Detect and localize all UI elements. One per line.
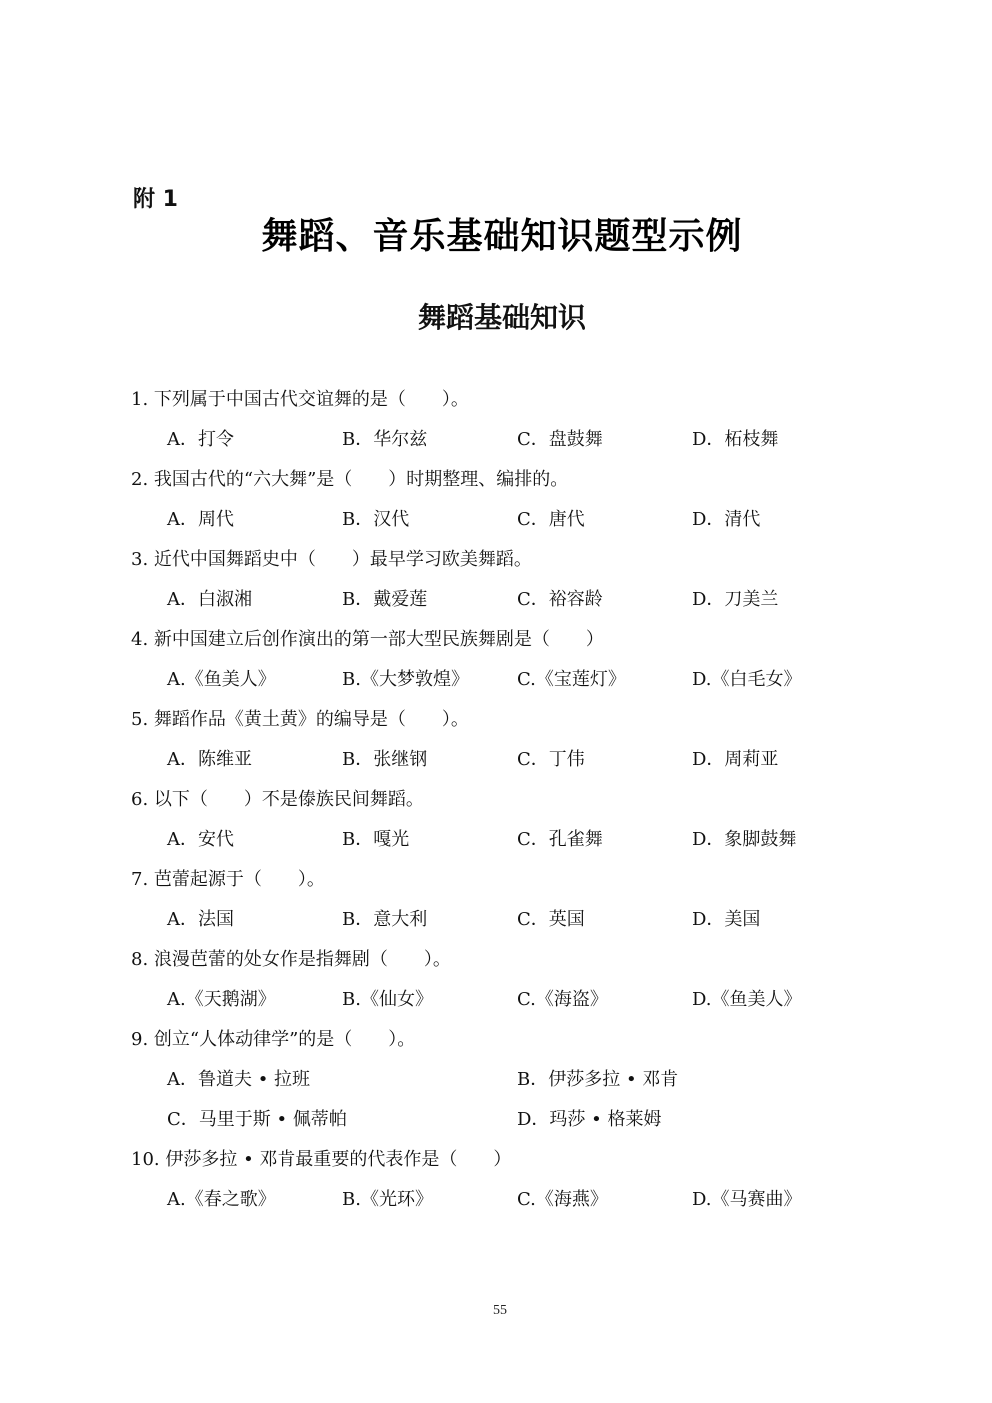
- question-stem: 10. 伊莎多拉 • 邓肯最重要的代表作是（ ）: [131, 1148, 511, 1172]
- options-row: A.《天鹅湖》 B.《仙女》 C.《海盗》 D.《鱼美人》: [0, 988, 992, 1012]
- option-b: B．戴爱莲: [342, 588, 427, 612]
- option-d: D．清代: [692, 508, 760, 532]
- options-row: C．马里于斯 • 佩蒂帕 D．玛莎 • 格莱姆: [0, 1108, 992, 1132]
- option-c: C.《海盗》: [517, 988, 608, 1012]
- option-d: D．柘枝舞: [692, 428, 778, 452]
- section-title: 舞蹈基础知识: [0, 296, 992, 336]
- option-b: B．汉代: [342, 508, 409, 532]
- option-c: C.《宝莲灯》: [517, 668, 626, 692]
- question-stem: 3. 近代中国舞蹈史中（ ）最早学习欧美舞蹈。: [131, 548, 532, 572]
- question-stem: 5. 舞蹈作品《黄土黄》的编导是（ ）。: [131, 708, 469, 732]
- question-stem: 2. 我国古代的“六大舞”是（ ）时期整理、编排的。: [131, 468, 568, 492]
- option-a: A.《天鹅湖》: [167, 988, 276, 1012]
- question-stem: 8. 浪漫芭蕾的处女作是指舞剧（ ）。: [131, 948, 451, 972]
- option-c: C．马里于斯 • 佩蒂帕: [167, 1108, 347, 1132]
- option-d: D．玛莎 • 格莱姆: [517, 1108, 662, 1132]
- option-d: D.《马赛曲》: [692, 1188, 802, 1212]
- page-number: 55: [0, 1303, 992, 1319]
- option-b: B.《光环》: [342, 1188, 433, 1212]
- options-row: A．白淑湘 B．戴爱莲 C．裕容龄 D．刀美兰: [0, 588, 992, 612]
- question-stem: 4. 新中国建立后创作演出的第一部大型民族舞剧是（ ）: [131, 628, 604, 652]
- options-row: A．安代 B．嘎光 C．孔雀舞 D．象脚鼓舞: [0, 828, 992, 852]
- options-row: A．法国 B．意大利 C．英国 D．美国: [0, 908, 992, 932]
- option-d: D．周莉亚: [692, 748, 778, 772]
- question-stem: 7. 芭蕾起源于（ ）。: [131, 868, 325, 892]
- option-a: A．安代: [167, 828, 234, 852]
- option-d: D．美国: [692, 908, 760, 932]
- question-stem: 6. 以下（ ）不是傣族民间舞蹈。: [131, 788, 424, 812]
- options-row: A．打令 B．华尔兹 C．盘鼓舞 D．柘枝舞: [0, 428, 992, 452]
- option-c: C．孔雀舞: [517, 828, 603, 852]
- option-a: A．陈维亚: [167, 748, 252, 772]
- option-c: C．丁伟: [517, 748, 585, 772]
- question-stem: 9. 创立“人体动律学”的是（ ）。: [131, 1028, 415, 1052]
- option-d: D．象脚鼓舞: [692, 828, 796, 852]
- option-a: A．鲁道夫 • 拉班: [167, 1068, 310, 1092]
- option-b: B．伊莎多拉 • 邓肯: [517, 1068, 678, 1092]
- document-page: 附 1 舞蹈、音乐基础知识题型示例 舞蹈基础知识 1. 下列属于中国古代交谊舞的…: [0, 0, 992, 1403]
- option-a: A．打令: [167, 428, 234, 452]
- options-row: A.《春之歌》 B.《光环》 C.《海燕》 D.《马赛曲》: [0, 1188, 992, 1212]
- question-stem: 1. 下列属于中国古代交谊舞的是（ ）。: [131, 388, 469, 412]
- option-b: B.《大梦敦煌》: [342, 668, 469, 692]
- option-a: A.《春之歌》: [167, 1188, 276, 1212]
- option-d: D.《白毛女》: [692, 668, 802, 692]
- option-c: C．裕容龄: [517, 588, 603, 612]
- option-c: C．盘鼓舞: [517, 428, 603, 452]
- option-a: A．白淑湘: [167, 588, 252, 612]
- option-a: A．周代: [167, 508, 234, 532]
- option-b: B．嘎光: [342, 828, 409, 852]
- options-row: A．陈维亚 B．张继钢 C．丁伟 D．周莉亚: [0, 748, 992, 772]
- option-b: B．意大利: [342, 908, 427, 932]
- option-c: C.《海燕》: [517, 1188, 608, 1212]
- option-a: A．法国: [167, 908, 234, 932]
- option-a: A.《鱼美人》: [167, 668, 276, 692]
- page-title: 舞蹈、音乐基础知识题型示例: [0, 208, 992, 259]
- option-d: D.《鱼美人》: [692, 988, 802, 1012]
- option-b: B．张继钢: [342, 748, 427, 772]
- option-c: C．英国: [517, 908, 585, 932]
- options-row: A.《鱼美人》 B.《大梦敦煌》 C.《宝莲灯》 D.《白毛女》: [0, 668, 992, 692]
- option-d: D．刀美兰: [692, 588, 778, 612]
- options-row: A．周代 B．汉代 C．唐代 D．清代: [0, 508, 992, 532]
- option-b: B．华尔兹: [342, 428, 427, 452]
- option-c: C．唐代: [517, 508, 585, 532]
- option-b: B.《仙女》: [342, 988, 433, 1012]
- options-row: A．鲁道夫 • 拉班 B．伊莎多拉 • 邓肯: [0, 1068, 992, 1092]
